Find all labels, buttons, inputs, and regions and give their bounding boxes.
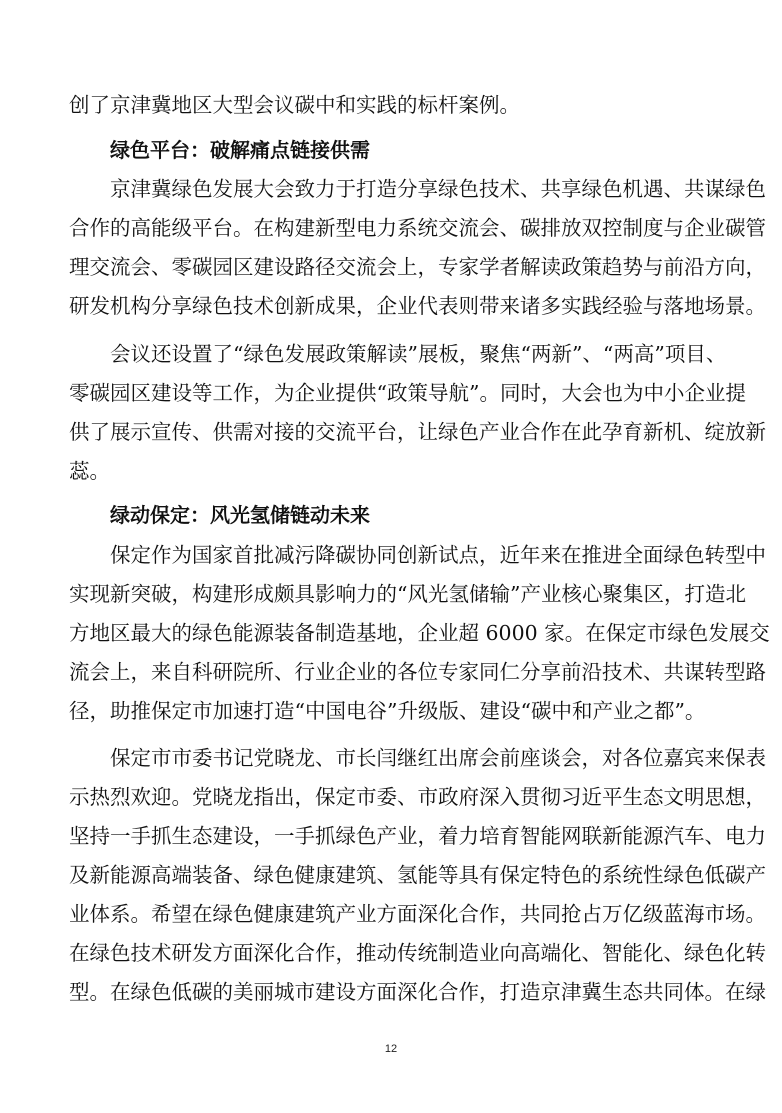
paragraph-line: 实现新突破，构建形成颇具影响力的“风光氢储输”产业核心聚集区，打造北 — [69, 582, 711, 606]
paragraph-line: 会议还设置了“绿色发展政策解读”展板，聚焦“两新”、“两高”项目、 — [110, 342, 711, 366]
paragraph-line: 型。在绿色低碳的美丽城市建设方面深化合作，打造京津冀生态共同体。在绿 — [69, 980, 711, 1004]
paragraph-line: 流会上，来自科研院所、行业企业的各位专家同仁分享前沿技术、共谋转型路 — [69, 660, 711, 684]
paragraph-line: 业体系。希望在绿色健康建筑产业方面深化合作，共同抢占万亿级蓝海市场。 — [69, 902, 711, 926]
document-page: 创了京津冀地区大型会议碳中和实践的标杆案例。 绿色平台：破解痛点链接供需 京津冀… — [0, 0, 782, 1113]
paragraph-line: 径，助推保定市加速打造“中国电谷”升级版、建设“碳中和产业之都”。 — [69, 699, 711, 723]
section-heading-green-baoding: 绿动保定：风光氢储链动未来 — [110, 503, 370, 527]
paragraph-line: 蕊。 — [69, 459, 711, 483]
paragraph-line: 坚持一手抓生态建设，一手抓绿色产业，着力培育智能网联新能源汽车、电力 — [69, 824, 711, 848]
paragraph-line: 研发机构分享绿色技术创新成果，企业代表则带来诸多实践经验与落地场景。 — [69, 294, 711, 318]
paragraph-line: 及新能源高端装备、绿色健康建筑、氢能等具有保定特色的系统性绿色低碳产 — [69, 863, 711, 887]
paragraph-line: 保定作为国家首批减污降碳协同创新试点，近年来在推进全面绿色转型中 — [110, 543, 711, 567]
paragraph-line: 保定市市委书记党晓龙、市长闫继红出席会前座谈会，对各位嘉宾来保表 — [110, 746, 711, 770]
section-heading-green-platform: 绿色平台：破解痛点链接供需 — [110, 138, 370, 162]
paragraph-line: 京津冀绿色发展大会致力于打造分享绿色技术、共享绿色机遇、共谋绿色 — [110, 177, 711, 201]
paragraph-line: 方地区最大的绿色能源装备制造基地，企业超 6000 家。在保定市绿色发展交 — [69, 621, 711, 645]
paragraph-line: 供了展示宣传、供需对接的交流平台，让绿色产业合作在此孕育新机、绽放新 — [69, 420, 711, 444]
paragraph-line: 在绿色技术研发方面深化合作，推动传统制造业向高端化、智能化、绿色化转 — [69, 941, 711, 965]
paragraph-line: 零碳园区建设等工作，为企业提供“政策导航”。同时，大会也为中小企业提 — [69, 381, 711, 405]
paragraph-line: 理交流会、零碳园区建设路径交流会上，专家学者解读政策趋势与前沿方向， — [69, 255, 711, 279]
page-number: 12 — [0, 1043, 782, 1055]
paragraph-line: 合作的高能级平台。在构建新型电力系统交流会、碳排放双控制度与企业碳管 — [69, 216, 711, 240]
paragraph-line: 创了京津冀地区大型会议碳中和实践的标杆案例。 — [69, 93, 711, 117]
paragraph-line: 示热烈欢迎。党晓龙指出，保定市委、市政府深入贯彻习近平生态文明思想， — [69, 785, 711, 809]
